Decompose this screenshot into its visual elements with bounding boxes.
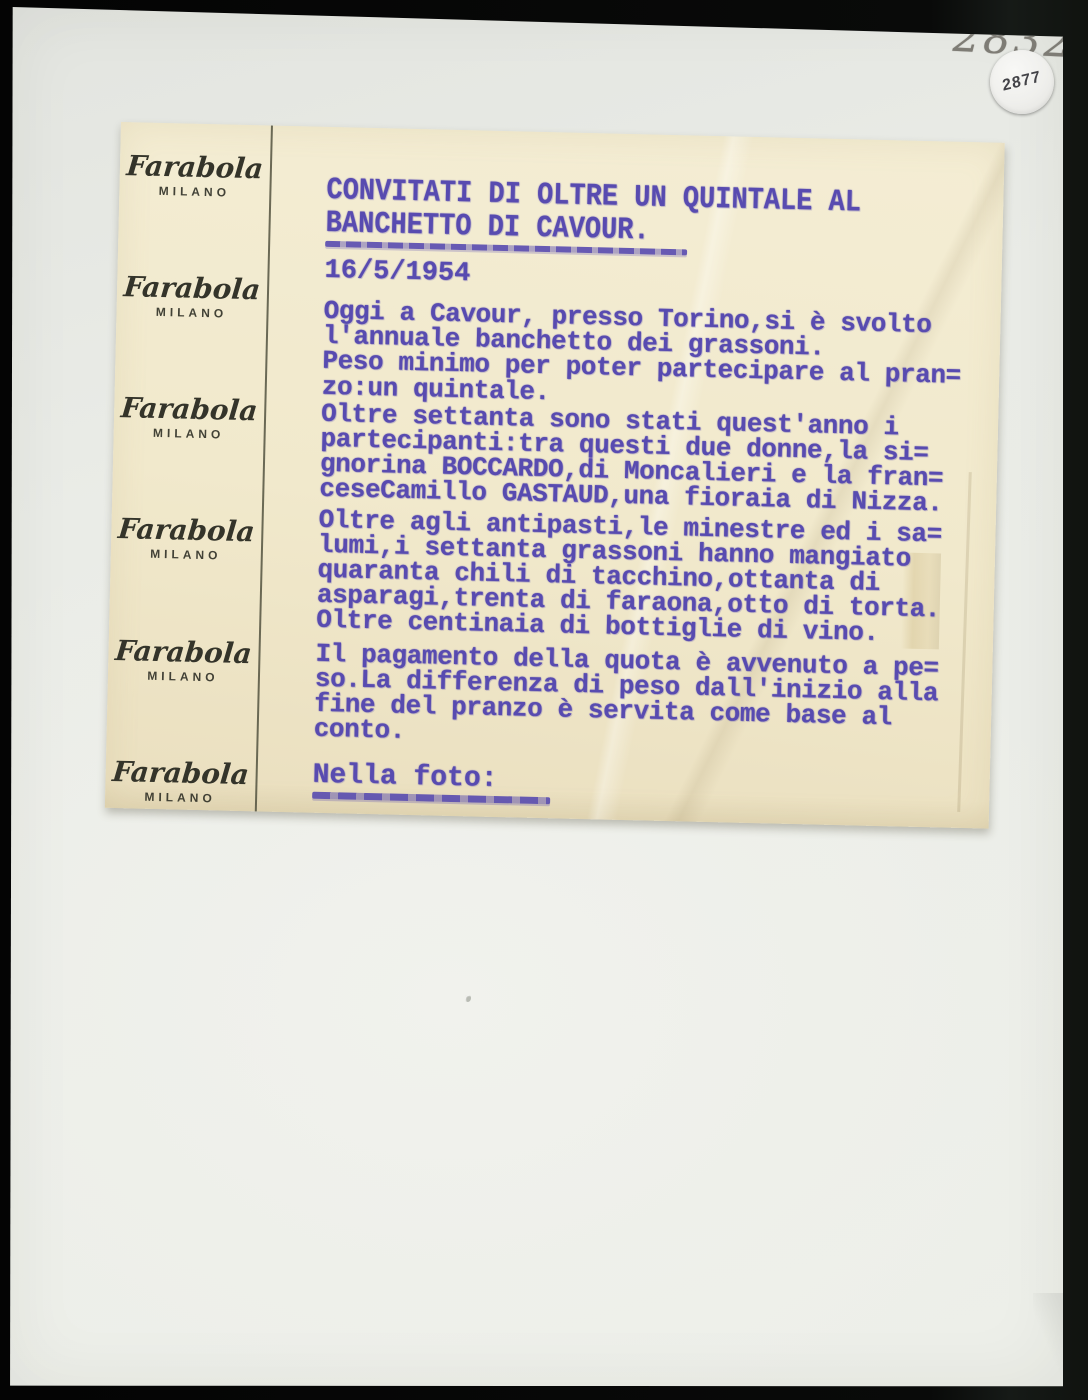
agency-stamp: Farabola MILANO	[114, 394, 265, 443]
agency-stamp: Farabola MILANO	[116, 273, 267, 322]
caption-date: 16/5/1954	[324, 256, 1001, 302]
paper-speck	[465, 995, 471, 1002]
agency-stamp: Farabola MILANO	[108, 637, 259, 686]
footer-underline	[312, 792, 550, 805]
stamp-name: Farabola	[113, 394, 266, 425]
stamp-name: Farabola	[119, 152, 272, 183]
stamp-city: MILANO	[105, 789, 255, 807]
sticker-number: 2877	[1002, 68, 1043, 96]
agency-stamp: Farabola MILANO	[111, 515, 262, 564]
typed-caption: CONVITATI DI OLTRE UN QUINTALE AL BANCHE…	[312, 173, 1003, 815]
stamp-name: Farabola	[116, 273, 269, 304]
stamp-city: MILANO	[111, 546, 261, 564]
archive-sticker: 2877	[990, 50, 1054, 114]
photo-back-scan: { "photo_back": { "pencil_number": "2832…	[0, 0, 1088, 1400]
caption-body: Oggi a Cavour, presso Torino,si è svolto…	[313, 299, 999, 758]
stamp-city: MILANO	[119, 183, 269, 201]
stamp-city: MILANO	[114, 425, 264, 443]
stamp-city: MILANO	[116, 304, 266, 322]
stamp-city: MILANO	[108, 668, 258, 686]
stamp-name: Farabola	[107, 637, 260, 668]
stamp-divider-line	[255, 126, 273, 812]
caption-footer: Nella foto:	[312, 760, 498, 795]
agency-stamp: Farabola MILANO	[119, 152, 270, 201]
caption-card: Farabola MILANO Farabola MILANO Farabola…	[105, 122, 1005, 829]
stamp-name: Farabola	[110, 515, 263, 546]
stamp-name: Farabola	[104, 758, 257, 789]
corner-fold	[1033, 1293, 1063, 1377]
agency-stamp: Farabola MILANO	[105, 758, 256, 807]
